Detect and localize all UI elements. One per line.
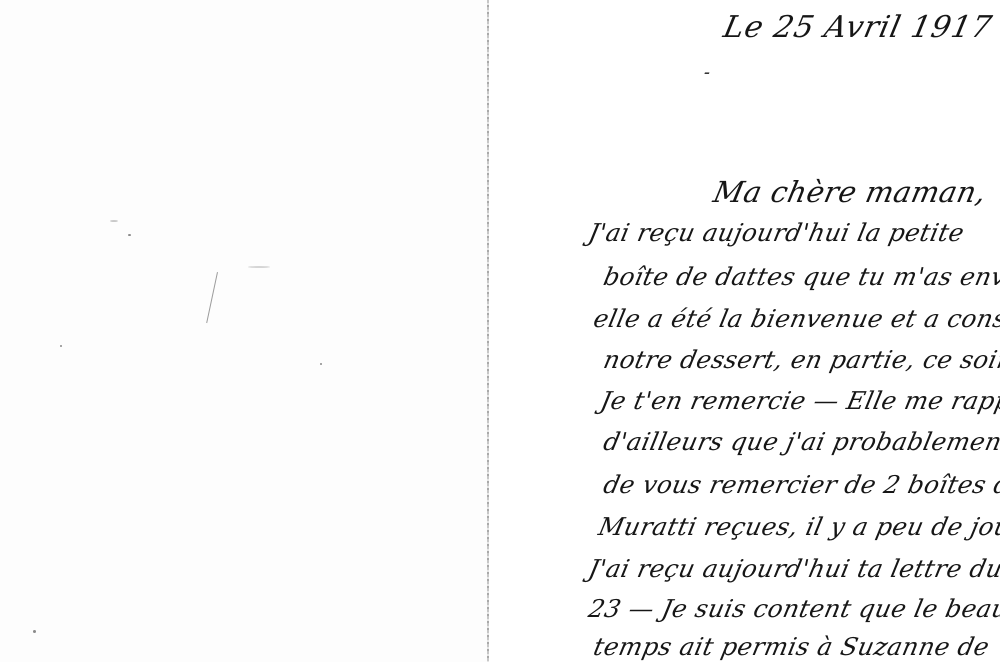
letter-spread: Le 25 Avril 1917 - Ma chère maman, J'ai … bbox=[0, 0, 1000, 662]
letter-line: de vous remercier de 2 boîtes de bbox=[601, 470, 1000, 499]
letter-line: Je t'en remercie — Elle me rappelle bbox=[598, 386, 1000, 415]
letter-line: elle a été la bienvenue et a constitué bbox=[591, 304, 1000, 333]
paper-speck bbox=[33, 630, 36, 633]
date-separator: - bbox=[702, 62, 713, 83]
letter-date: Le 25 Avril 1917 bbox=[720, 10, 995, 45]
paper-speck bbox=[128, 234, 131, 236]
paper-speck bbox=[248, 266, 270, 268]
letter-line: 23 — Je suis content que le beau bbox=[586, 594, 1000, 623]
letter-line: boîte de dattes que tu m'as envoyée, bbox=[601, 262, 1000, 291]
letter-line: J'ai reçu aujourd'hui la petite bbox=[586, 218, 967, 247]
letter-line: notre dessert, en partie, ce soir. bbox=[601, 345, 1000, 374]
paper-speck bbox=[110, 220, 118, 222]
right-page-letter: Le 25 Avril 1917 - Ma chère maman, J'ai … bbox=[489, 0, 1000, 662]
letter-salutation: Ma chère maman, bbox=[710, 175, 989, 209]
letter-line: J'ai reçu aujourd'hui ta lettre du bbox=[586, 554, 1000, 583]
letter-line: d'ailleurs que j'ai probablement omis bbox=[601, 427, 1000, 456]
left-page-blank bbox=[0, 0, 488, 662]
letter-line: temps ait permis à Suzanne de bbox=[591, 632, 992, 661]
paper-speck bbox=[320, 363, 322, 365]
paper-scratch-mark bbox=[206, 272, 218, 323]
paper-speck bbox=[60, 345, 62, 347]
letter-line: Muratti reçues, il y a peu de jours — bbox=[596, 512, 1000, 541]
